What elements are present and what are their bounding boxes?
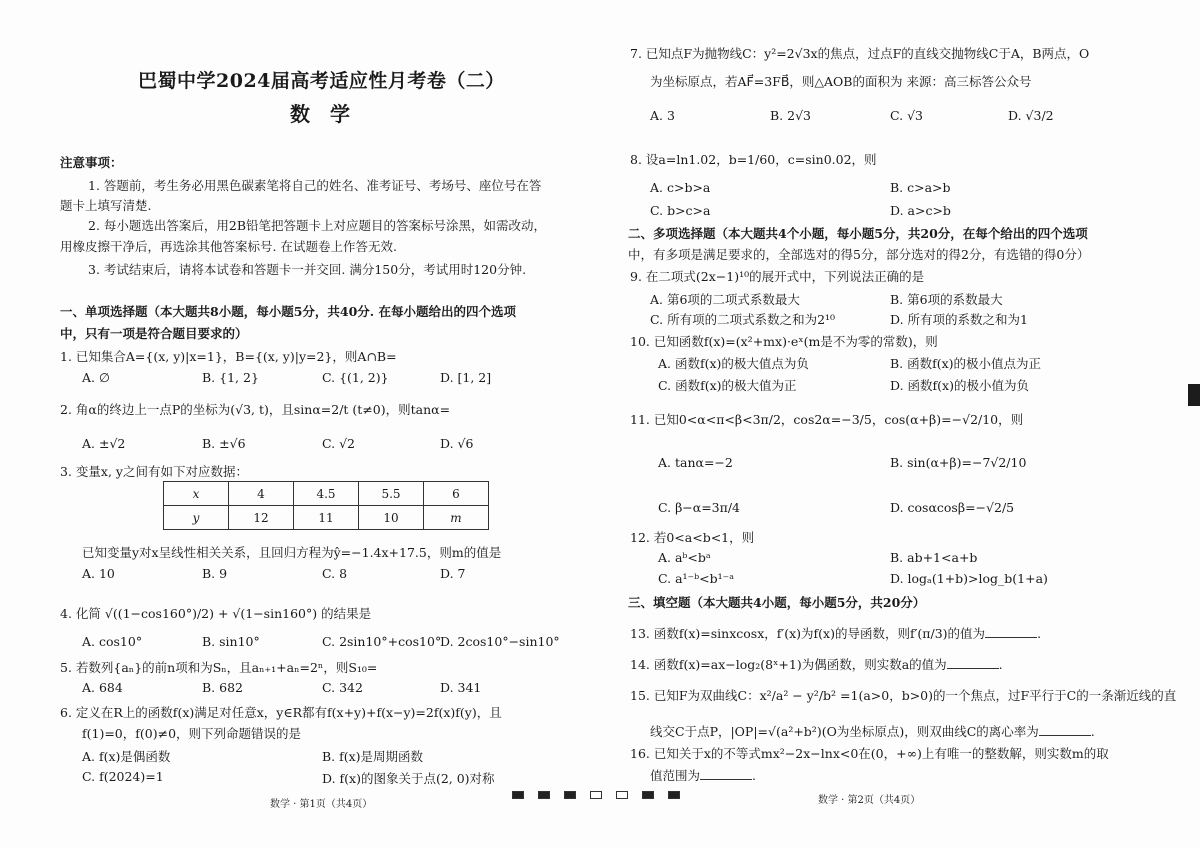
question-5: 5. 若数列{aₙ}的前n项和为Sₙ，且aₙ₊₁+aₙ=2ⁿ，则S₁₀= [60, 658, 377, 676]
q10-option-c: C. 函数f(x)的极大值为正 [658, 376, 797, 394]
question-6-cont: f(1)=0，f(0)≠0，则下列命题错误的是 [82, 724, 301, 742]
punct: . [1091, 724, 1095, 739]
q2-option-c: C. √2 [322, 436, 355, 451]
page-1-footer: 数学 · 第1页（共4页） [270, 795, 372, 810]
punct: . [752, 768, 756, 783]
table-row-y: y 12 11 10 m [164, 506, 489, 530]
q7-option-c: C. √3 [890, 108, 923, 123]
q3-option-d: D. 7 [440, 566, 465, 581]
question-9: 9. 在二项式(2x−1)¹⁰的展开式中，下列说法正确的是 [630, 267, 924, 285]
q10-option-d: D. 函数f(x)的极小值为负 [890, 376, 1029, 394]
q3-option-a: A. 10 [82, 566, 115, 581]
question-11: 11. 已知0<α<π<β<3π/2，cos2α=−3/5，cos(α+β)=−… [630, 410, 1023, 428]
q6-option-d: D. f(x)的图象关于点(2, 0)对称 [322, 769, 495, 787]
q7-option-a: A. 3 [650, 108, 675, 123]
answer-blank [1039, 726, 1091, 736]
question-10: 10. 已知函数f(x)=(x²+mx)·eˣ(m是不为零的常数)，则 [630, 332, 938, 350]
alignment-mark [590, 791, 602, 799]
q1-option-a: A. ∅ [82, 370, 110, 385]
question-16-text: 值范围为 [650, 768, 700, 783]
answer-blank [700, 770, 752, 780]
question-8: 8. 设a=ln1.02，b=1/60，c=sin0.02，则 [630, 150, 877, 168]
q3-data-table: x 4 4.5 5.5 6 y 12 11 10 m [163, 481, 489, 530]
q3-option-b: B. 9 [202, 566, 227, 581]
punct: . [999, 657, 1003, 672]
q5-option-b: B. 682 [202, 680, 243, 695]
q6-option-c: C. f(2024)=1 [82, 769, 164, 784]
question-6: 6. 定义在R上的函数f(x)满足对任意x，y∈R都有f(x+y)+f(x−y)… [60, 703, 502, 721]
table-cell: 11 [294, 506, 359, 530]
question-14: 14. 函数f(x)=ax−log₂(8ˣ+1)为偶函数，则实数a的值为. [630, 655, 1003, 673]
q11-option-b: B. sin(α+β)=−7√2/10 [890, 455, 1026, 470]
table-cell: 4.5 [294, 482, 359, 506]
q9-option-d: D. 所有项的系数之和为1 [890, 310, 1028, 328]
q9-option-a: A. 第6项的二项式系数最大 [650, 290, 800, 308]
section-2-heading-cont: 中，有多项是满足要求的，全部选对的得5分，部分选对的得2分，有选错的得0分） [628, 245, 1089, 263]
q5-option-c: C. 342 [322, 680, 363, 695]
q12-option-b: B. ab+1<a+b [890, 550, 977, 565]
q11-option-a: A. tanα=−2 [658, 455, 733, 470]
table-cell: m [424, 506, 489, 530]
exam-title: 巴蜀中学2024届高考适应性月考卷（二） [138, 66, 505, 93]
q4-option-d: D. 2cos10°−sin10° [440, 634, 560, 649]
page-alignment-marks [512, 791, 680, 799]
note-3: 3. 考试结束后，请将本试卷和答题卡一并交回. 满分150分，考试用时120分钟… [88, 260, 526, 278]
subject-title: 数学 [290, 98, 370, 127]
table-cell: 5.5 [359, 482, 424, 506]
q9-option-b: B. 第6项的系数最大 [890, 290, 1003, 308]
q7-option-d: D. √3/2 [1008, 108, 1054, 123]
q1-option-d: D. [1, 2] [440, 370, 491, 385]
question-16-cont: 值范围为. [650, 766, 756, 784]
note-1b: 题卡上填写清楚. [60, 196, 151, 214]
table-cell: x [164, 482, 229, 506]
table-row-x: x 4 4.5 5.5 6 [164, 482, 489, 506]
answer-blank [947, 659, 999, 669]
alignment-mark [564, 791, 576, 799]
q2-option-d: D. √6 [440, 436, 473, 451]
exam-page-2: 7. 已知点F为抛物线C：y²=2√3x的焦点，过点F的直线交抛物线C于A，B两… [628, 0, 1178, 848]
question-4: 4. 化简 √((1−cos160°)/2) + √(1−sin160°) 的结… [60, 604, 371, 622]
question-15-cont: 线交C于点P，|OP|=√(a²+b²)(O为坐标原点)，则双曲线C的离心率为. [650, 722, 1095, 740]
question-12: 12. 若0<a<b<1，则 [630, 528, 754, 546]
q8-option-c: C. b>c>a [650, 203, 710, 218]
question-16: 16. 已知关于x的不等式mx²−2x−lnx<0在(0，+∞)上有唯一的整数解… [630, 744, 1109, 762]
q9-option-c: C. 所有项的二项式系数之和为2¹⁰ [650, 310, 835, 328]
q7-option-b: B. 2√3 [770, 108, 811, 123]
table-cell: 6 [424, 482, 489, 506]
q2-option-b: B. ±√6 [202, 436, 246, 451]
section-1-heading: 一、单项选择题（本大题共8小题，每小题5分，共40分. 在每小题给出的四个选项 [60, 302, 516, 320]
alignment-mark [668, 791, 680, 799]
question-1: 1. 已知集合A={(x, y)|x=1}，B={(x, y)|y=2}，则A∩… [60, 347, 397, 365]
q11-option-c: C. β−α=3π/4 [658, 500, 740, 515]
q8-option-d: D. a>c>b [890, 203, 951, 218]
q10-option-b: B. 函数f(x)的极小值点为正 [890, 354, 1041, 372]
q11-option-d: D. cosαcosβ=−√2/5 [890, 500, 1014, 515]
question-13: 13. 函数f(x)=sinxcosx，f′(x)为f(x)的导函数，则f′(π… [630, 624, 1041, 642]
table-cell: 4 [229, 482, 294, 506]
q4-option-b: B. sin10° [202, 634, 260, 649]
question-3: 3. 变量x, y之间有如下对应数据： [60, 462, 248, 480]
section-1-heading-cont: 中，只有一项是符合题目要求的） [60, 324, 248, 342]
alignment-mark [538, 791, 550, 799]
q5-option-d: D. 341 [440, 680, 481, 695]
q6-option-b: B. f(x)是周期函数 [322, 747, 423, 765]
answer-blank [985, 628, 1037, 638]
q3-option-c: C. 8 [322, 566, 347, 581]
table-cell: 12 [229, 506, 294, 530]
q4-option-c: C. 2sin10°+cos10° [322, 634, 441, 649]
question-15-text: 线交C于点P，|OP|=√(a²+b²)(O为坐标原点)，则双曲线C的离心率为 [650, 724, 1039, 739]
table-cell: y [164, 506, 229, 530]
question-7-cont: 为坐标原点，若AF⃗=3FB⃗，则△AOB的面积为 来源：高三标答公众号 [650, 72, 1031, 90]
scan-edge-marker [1188, 384, 1200, 406]
alignment-mark [642, 791, 654, 799]
alignment-mark [512, 791, 524, 799]
q1-option-c: C. {(1, 2)} [322, 370, 389, 385]
table-cell: 10 [359, 506, 424, 530]
alignment-mark [616, 791, 628, 799]
question-13-text: 13. 函数f(x)=sinxcosx，f′(x)为f(x)的导函数，则f′(π… [630, 626, 985, 641]
q12-option-c: C. a¹⁻ᵇ<b¹⁻ᵃ [658, 571, 734, 586]
q12-option-a: A. aᵇ<bᵃ [658, 550, 711, 565]
question-7: 7. 已知点F为抛物线C：y²=2√3x的焦点，过点F的直线交抛物线C于A，B两… [630, 44, 1089, 62]
question-15: 15. 已知F为双曲线C：x²/a² − y²/b² =1(a>0，b>0)的一… [630, 686, 1176, 704]
q6-option-a: A. f(x)是偶函数 [82, 747, 170, 765]
q12-option-d: D. logₐ(1+b)>log_b(1+a) [890, 571, 1048, 586]
q5-option-a: A. 684 [82, 680, 123, 695]
section-2-heading: 二、多项选择题（本大题共4个小题，每小题5分，共20分，在每个给出的四个选项 [628, 224, 1088, 242]
q10-option-a: A. 函数f(x)的极大值点为负 [658, 354, 809, 372]
question-14-text: 14. 函数f(x)=ax−log₂(8ˣ+1)为偶函数，则实数a的值为 [630, 657, 947, 672]
note-1a: 1. 答题前，考生务必用黑色碳素笔将自己的姓名、准考证号、考场号、座位号在答 [88, 176, 541, 194]
q8-option-a: A. c>b>a [650, 180, 710, 195]
note-2a: 2. 每小题选出答案后，用2B铅笔把答题卡上对应题目的答案标号涂黑，如需改动， [88, 216, 546, 234]
note-2b: 用橡皮擦干净后，再选涂其他答案标号. 在试题卷上作答无效. [60, 237, 397, 255]
punct: . [1037, 626, 1041, 641]
q2-option-a: A. ±√2 [82, 436, 125, 451]
section-3-heading: 三、填空题（本大题共4小题，每小题5分，共20分） [628, 593, 925, 611]
exam-page-1: 巴蜀中学2024届高考适应性月考卷（二） 数学 注意事项： 1. 答题前，考生务… [60, 0, 600, 848]
question-3-cont: 已知变量y对x呈线性相关关系，且回归方程为ŷ=−1.4x+17.5，则m的值是 [82, 543, 501, 561]
question-2: 2. 角α的终边上一点P的坐标为(√3, t)，且sinα=2/t (t≠0)，… [60, 400, 450, 418]
notes-heading: 注意事项： [60, 153, 123, 171]
page-2-footer: 数学 · 第2页（共4页） [818, 791, 920, 806]
q1-option-b: B. {1, 2} [202, 370, 259, 385]
q8-option-b: B. c>a>b [890, 180, 951, 195]
q4-option-a: A. cos10° [82, 634, 142, 649]
